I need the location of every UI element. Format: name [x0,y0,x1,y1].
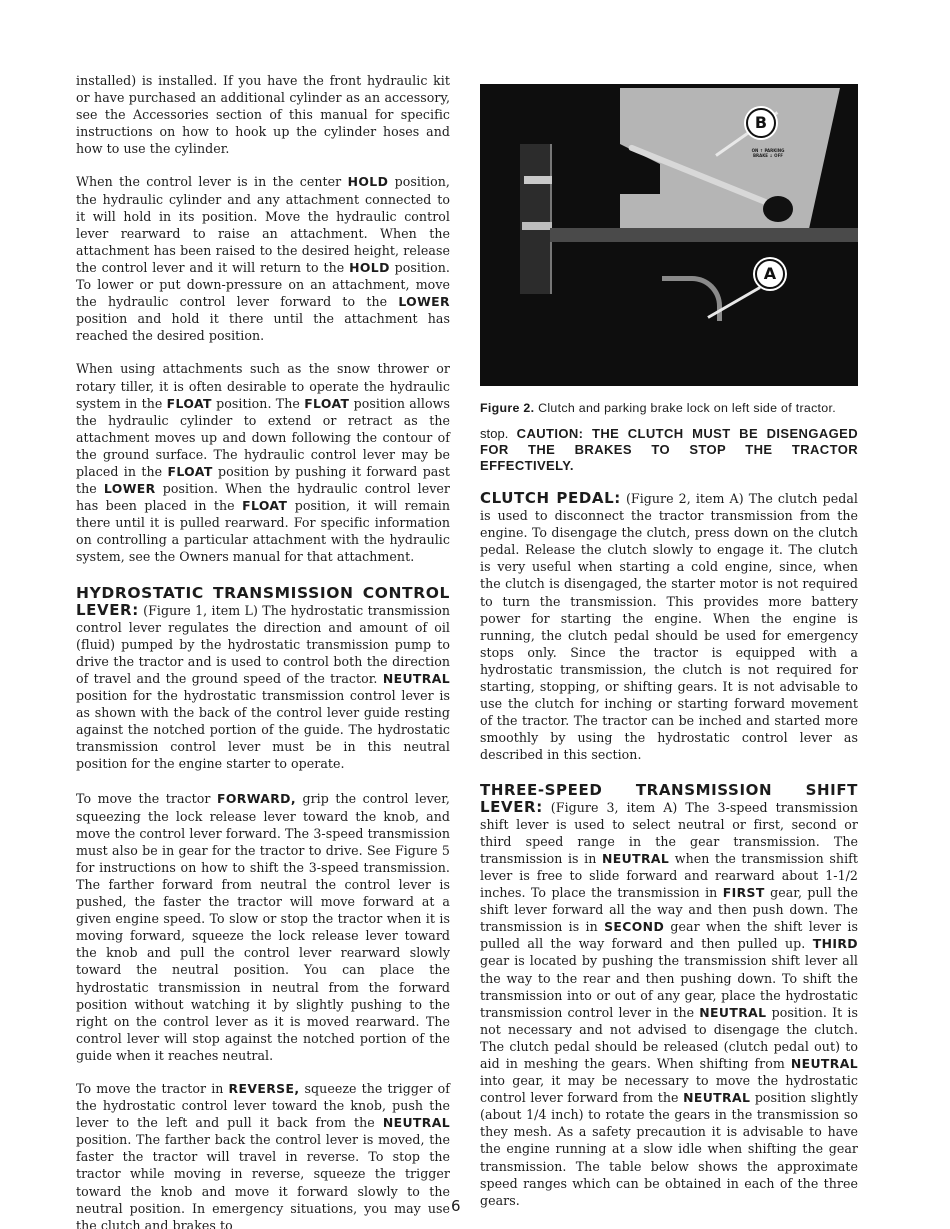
left-column: installed) is installed. If you have the… [76,72,450,1229]
section-heading-hydrostatic-cont: LEVER: [76,601,139,619]
photo-highlight [524,176,552,184]
term-second: SECOND [604,919,664,934]
term-float: FLOAT [304,396,349,411]
paragraph-reverse: To move the tractor in REVERSE, squeeze … [76,1080,450,1229]
caution-text: CAUTION: THE CLUTCH MUST BE DISENGAGED F… [480,426,858,473]
paragraph-three-speed: THREE-SPEED TRANSMISSION SHIFT LEVER: (F… [480,782,858,1209]
term-lower: LOWER [398,294,450,309]
plate-label: ON ↑ PARKING BRAKE ↓ OFF [748,148,788,158]
caution-note: stop. CAUTION: THE CLUTCH MUST BE DISENG… [480,426,858,474]
paragraph-hydraulic-kit: installed) is installed. If you have the… [76,72,450,157]
paragraph-float-position: When using attachments such as the snow … [76,360,450,565]
term-third: THIRD [813,936,858,951]
term-reverse: REVERSE, [229,1081,300,1096]
paragraph-forward: To move the tractor FORWARD, grip the co… [76,790,450,1064]
paragraph-hydrostatic-control: LEVER: (Figure 1, item L) The hydrostati… [76,602,450,773]
term-neutral: NEUTRAL [383,1115,450,1130]
section-heading-hydrostatic: HYDROSTATIC TRANSMISSION CONTROL [76,584,450,602]
term-lower: LOWER [104,481,156,496]
section-heading-clutch: CLUTCH PEDAL: [480,489,621,507]
photo-highlight [522,222,552,230]
term-float: FLOAT [242,498,287,513]
right-column: ON ↑ PARKING BRAKE ↓ OFF B A Figure 2. C… [480,84,858,1209]
term-float: FLOAT [167,464,212,479]
figure-2-photo: ON ↑ PARKING BRAKE ↓ OFF B A [480,84,858,386]
term-hold: HOLD [348,174,389,189]
term-neutral: NEUTRAL [602,851,669,866]
term-neutral: NEUTRAL [683,1090,750,1105]
callout-a: A [755,259,785,289]
term-hold: HOLD [349,260,390,275]
page-number: 6 [451,1197,461,1215]
lever-knob [763,196,793,222]
photo-frame-post [520,144,552,294]
term-neutral: NEUTRAL [791,1056,858,1071]
term-neutral: NEUTRAL [699,1005,766,1020]
callout-b: B [746,108,776,138]
paragraph-clutch-pedal: CLUTCH PEDAL: (Figure 2, item A) The clu… [480,490,858,764]
term-forward: FORWARD, [217,791,296,806]
photo-band [550,228,858,242]
term-float: FLOAT [167,396,212,411]
figure-2-caption: Figure 2. Clutch and parking brake lock … [480,400,858,416]
term-first: FIRST [723,885,765,900]
manual-page: installed) is installed. If you have the… [0,0,950,1229]
term-neutral: NEUTRAL [383,671,450,686]
paragraph-hold-position: When the control lever is in the center … [76,173,450,344]
